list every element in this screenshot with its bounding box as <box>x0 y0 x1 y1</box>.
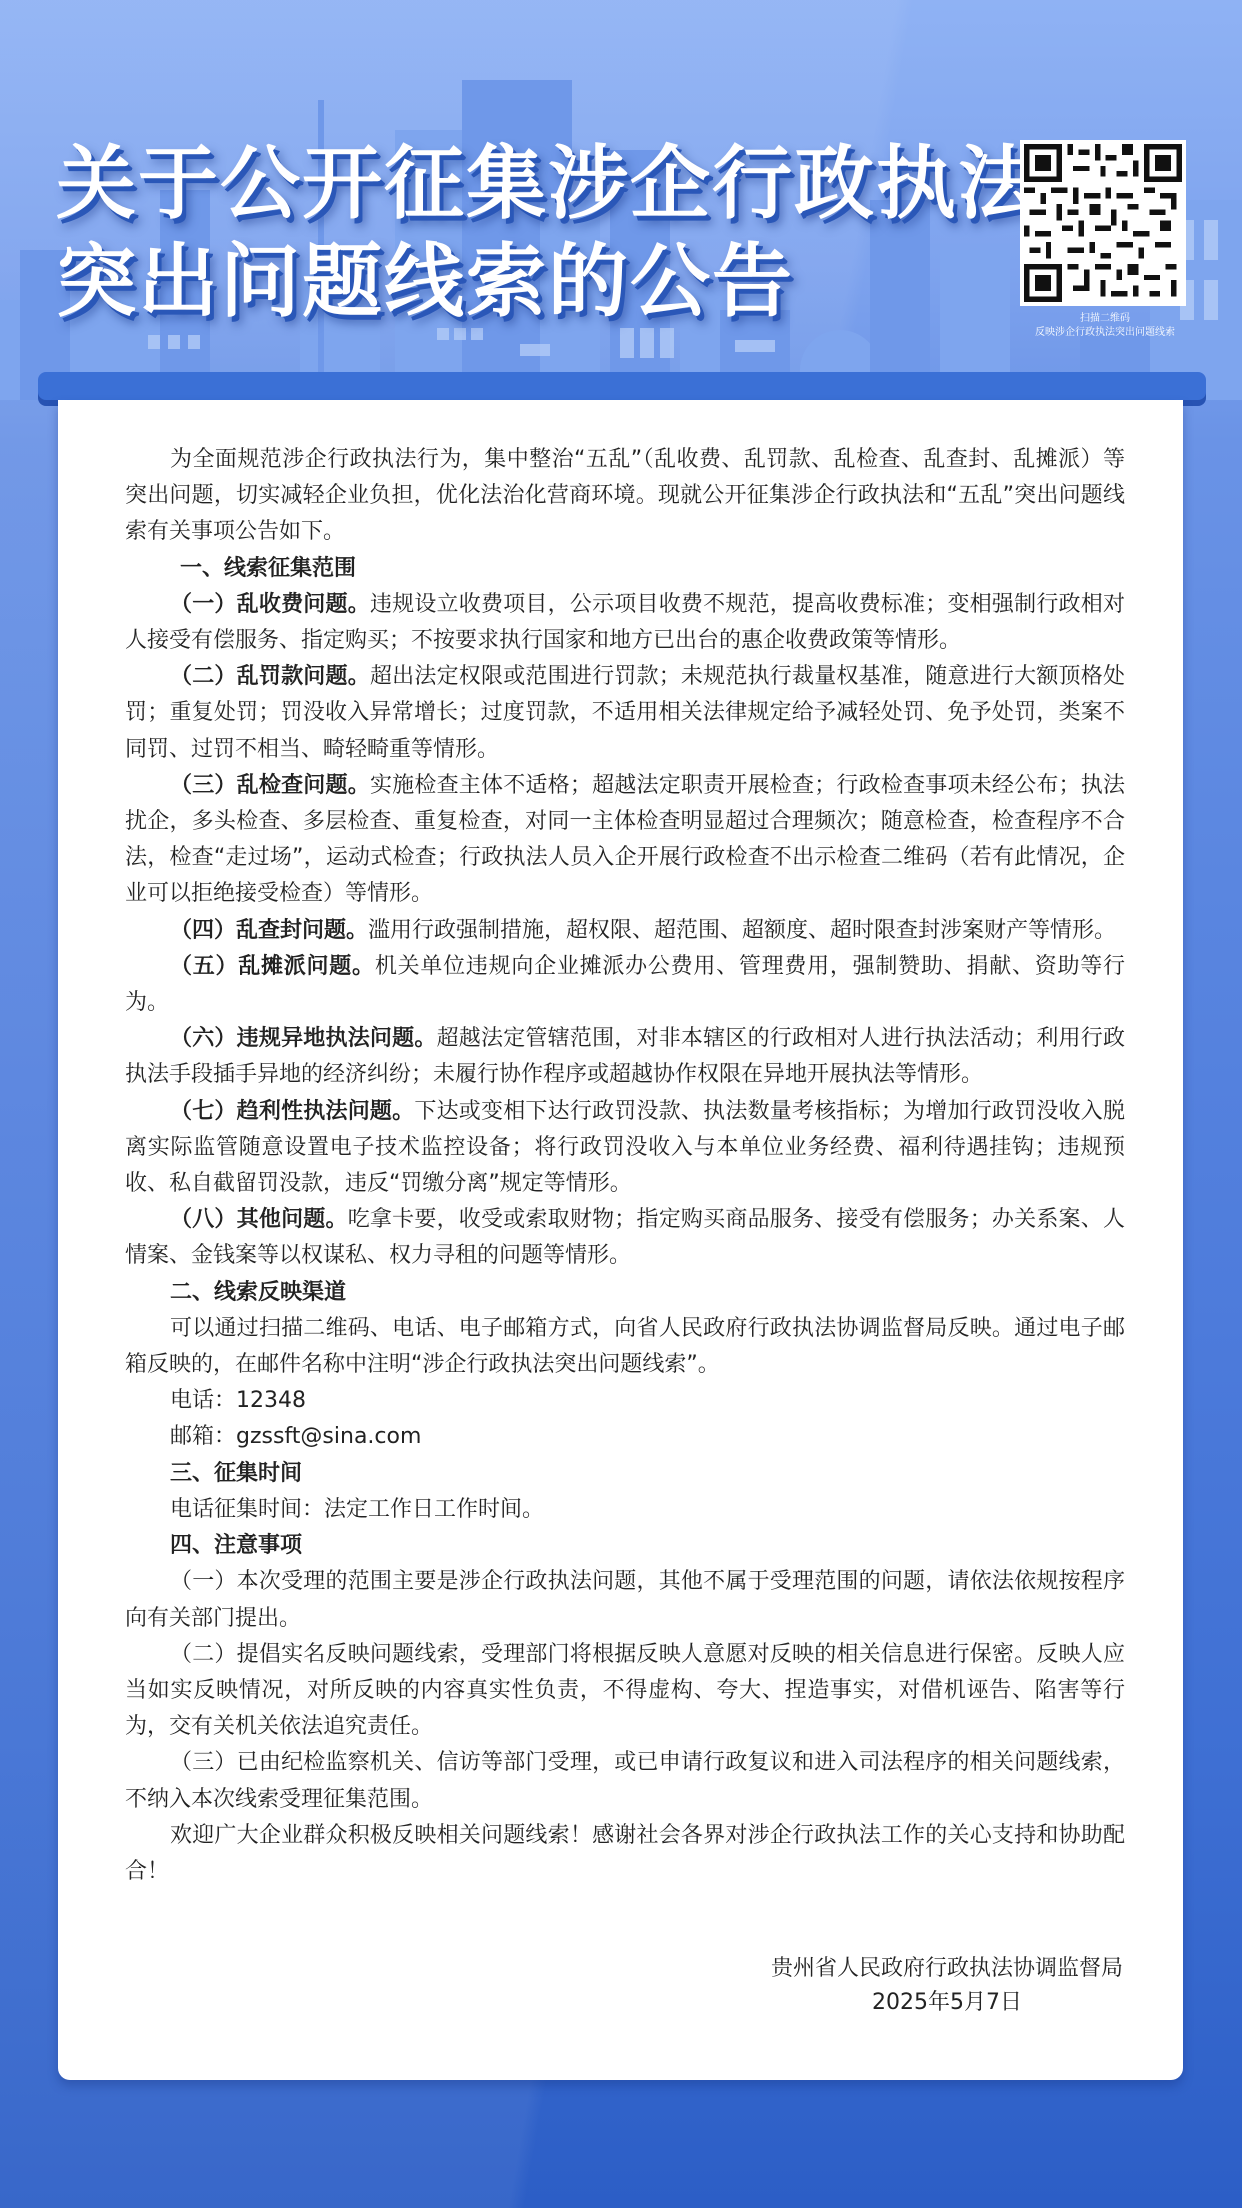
scope-item-5: （五）乱摊派问题。机关单位违规向企业摊派办公费用、管理费用，强制赞助、捐献、资助… <box>125 949 1125 1021</box>
scope-item-4: （四）乱查封问题。滥用行政强制措施，超权限、超范围、超额度、超时限查封涉案财产等… <box>125 913 1125 949</box>
section-heading-scope: 一、线索征集范围 <box>125 551 1125 587</box>
scope-item-label: （七）趋利性执法问题。 <box>170 1099 414 1124</box>
intro-paragraph: 为全面规范涉企行政执法行为，集中整治“五乱”（乱收费、乱罚款、乱检查、乱查封、乱… <box>125 442 1125 551</box>
section-heading-notes: 四、注意事项 <box>125 1528 1125 1564</box>
contact-phone[interactable]: 电话：12348 <box>125 1383 1125 1419</box>
notice-body: 为全面规范涉企行政执法行为，集中整治“五乱”（乱收费、乱罚款、乱检查、乱查封、乱… <box>125 442 1125 1890</box>
scope-item-label: （一）乱收费问题。 <box>170 592 370 617</box>
title-line-1: 关于公开征集涉企行政执法 <box>56 135 1040 233</box>
signature-block: 贵州省人民政府行政执法协调监督局 2025年5月7日 <box>771 1952 1123 2020</box>
note-item-3: （三）已由纪检监察机关、信访等部门受理，或已申请行政复议和进入司法程序的相关问题… <box>125 1745 1125 1817</box>
scope-item-7: （七）趋利性执法问题。下达或变相下达行政罚没款、执法数量考核指标；为增加行政罚没… <box>125 1094 1125 1203</box>
scope-item-label: （八）其他问题。 <box>170 1207 348 1232</box>
section-heading-time: 三、征集时间 <box>125 1456 1125 1492</box>
scope-item-1: （一）乱收费问题。违规设立收费项目，公示项目收费不规范，提高收费标准；变相强制行… <box>125 587 1125 659</box>
collection-time: 电话征集时间：法定工作日工作时间。 <box>125 1492 1125 1528</box>
qr-code-graphic <box>1024 144 1182 302</box>
scope-item-label: （三）乱检查问题。 <box>170 773 370 798</box>
scope-item-2: （二）乱罚款问题。超出法定权限或范围进行罚款；未规范执行裁量权基准，随意进行大额… <box>125 659 1125 768</box>
channels-paragraph: 可以通过扫描二维码、电话、电子邮箱方式，向省人民政府行政执法协调监督局反映。通过… <box>125 1311 1125 1383</box>
scope-item-text: 滥用行政强制措施，超权限、超范围、超额度、超时限查封涉案财产等情形。 <box>368 918 1116 943</box>
closing-paragraph: 欢迎广大企业群众积极反映相关问题线索！感谢社会各界对涉企行政执法工作的关心支持和… <box>125 1818 1125 1890</box>
scope-item-label: （六）违规异地执法问题。 <box>170 1026 437 1051</box>
qr-code-icon[interactable] <box>1020 140 1186 306</box>
scope-item-6: （六）违规异地执法问题。超越法定管辖范围，对非本辖区的行政相对人进行执法活动；利… <box>125 1021 1125 1093</box>
qr-caption-line-1: 扫描二维码 <box>1020 312 1190 326</box>
title-line-2: 突出问题线索的公告 <box>56 233 1040 331</box>
contact-email[interactable]: 邮箱：gzssft@sina.com <box>125 1419 1125 1455</box>
qr-caption-line-2: 反映涉企行政执法突出问题线索 <box>1020 326 1190 340</box>
scope-item-3: （三）乱检查问题。实施检查主体不适格；超越法定职责开展检查；行政检查事项未经公布… <box>125 768 1125 913</box>
note-item-1: （一）本次受理的范围主要是涉企行政执法问题，其他不属于受理范围的问题，请依法依规… <box>125 1564 1125 1636</box>
page-title: 关于公开征集涉企行政执法 突出问题线索的公告 <box>56 135 1040 331</box>
note-item-2: （二）提倡实名反映问题线索，受理部门将根据反映人意愿对反映的相关信息进行保密。反… <box>125 1637 1125 1746</box>
section-heading-channels: 二、线索反映渠道 <box>125 1275 1125 1311</box>
notice-card: 为全面规范涉企行政执法行为，集中整治“五乱”（乱收费、乱罚款、乱检查、乱查封、乱… <box>58 400 1183 2080</box>
scope-item-label: （四）乱查封问题。 <box>170 918 368 943</box>
signature-org: 贵州省人民政府行政执法协调监督局 <box>771 1952 1123 1986</box>
qr-code-block: 扫描二维码 反映涉企行政执法突出问题线索 <box>1020 140 1190 340</box>
scope-item-label: （五）乱摊派问题。 <box>170 954 375 979</box>
qr-caption: 扫描二维码 反映涉企行政执法突出问题线索 <box>1020 312 1190 340</box>
header-divider-bar <box>38 372 1206 400</box>
signature-date: 2025年5月7日 <box>771 1986 1123 2020</box>
scope-item-8: （八）其他问题。吃拿卡要，收受或索取财物；指定购买商品服务、接受有偿服务；办关系… <box>125 1202 1125 1274</box>
scope-item-label: （二）乱罚款问题。 <box>170 664 370 689</box>
